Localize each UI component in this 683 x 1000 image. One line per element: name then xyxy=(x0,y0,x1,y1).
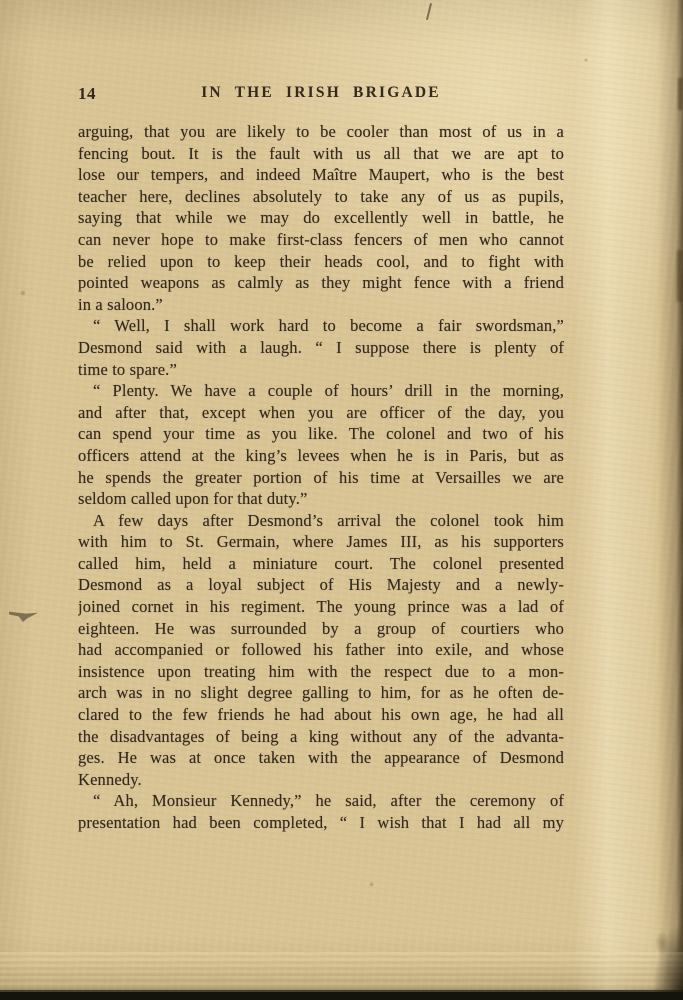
text-line: and after that, except when you are offi… xyxy=(78,402,564,424)
text-line: can spend your time as you like. The col… xyxy=(78,423,564,445)
text-line: with him to St. Germain, where James III… xyxy=(78,531,564,553)
text-line: officers attend at the king’s levees whe… xyxy=(78,445,564,467)
text-line: Kennedy. xyxy=(78,769,564,791)
scan-background-strip xyxy=(0,990,683,1000)
running-title: IN THE IRISH BRIGADE xyxy=(78,84,564,102)
paper-speck xyxy=(500,437,504,441)
text-line: insistence upon treating him with the re… xyxy=(78,661,564,683)
page-body-text: arguing, that you are likely to be coole… xyxy=(78,121,564,834)
text-line: teacher here, declines absolutely to tak… xyxy=(78,186,564,208)
page-bottom-edge-band xyxy=(0,952,683,992)
text-line: A few days after Desmond’s arrival the c… xyxy=(78,510,564,532)
right-edge-mark xyxy=(678,78,683,110)
paper-speck xyxy=(20,290,26,296)
text-line: he spends the greater portion of his tim… xyxy=(78,467,564,489)
text-line: “ Ah, Monsieur Kennedy,” he said, after … xyxy=(78,790,564,812)
paper-speck xyxy=(369,882,374,887)
top-hairline-mark xyxy=(426,3,432,20)
text-line: eighteen. He was surrounded by a group o… xyxy=(78,618,564,640)
text-line: arguing, that you are likely to be coole… xyxy=(78,121,564,143)
text-line: can never hope to make first-class fence… xyxy=(78,229,564,251)
text-line: time to spare.” xyxy=(78,359,564,381)
text-line: arch was in no slight degree galling to … xyxy=(78,682,564,704)
book-page-scan: 14 IN THE IRISH BRIGADE arguing, that yo… xyxy=(0,0,683,1000)
paper-speck xyxy=(584,58,588,62)
text-line: presentation had been completed, “ I wis… xyxy=(78,812,564,834)
text-line: pointed weapons as calmly as they might … xyxy=(78,272,564,294)
text-line: be relied upon to keep their heads cool,… xyxy=(78,251,564,273)
text-line: saying that while we may do excellently … xyxy=(78,207,564,229)
text-line: Desmond as a loyal subject of His Majest… xyxy=(78,574,564,596)
right-edge-smudge xyxy=(655,930,669,956)
text-line: fencing bout. It is the fault with us al… xyxy=(78,143,564,165)
text-line: clared to the few friends he had about h… xyxy=(78,704,564,726)
text-line: called him, held a miniature court. The … xyxy=(78,553,564,575)
text-line: the disadvantages of being a king withou… xyxy=(78,726,564,748)
text-line: Desmond said with a laugh. “ I suppose t… xyxy=(78,337,564,359)
text-line: had accompanied or followed his father i… xyxy=(78,639,564,661)
page-number: 14 xyxy=(78,84,96,104)
margin-arrow-mark xyxy=(9,606,38,622)
text-line: in a saloon.” xyxy=(78,294,564,316)
text-line: lose our tempers, and indeed Maître Maup… xyxy=(78,164,564,186)
right-edge-mark xyxy=(677,250,683,302)
text-line: “ Plenty. We have a couple of hours’ dri… xyxy=(78,380,564,402)
text-line: “ Well, I shall work hard to become a fa… xyxy=(78,315,564,337)
text-line: joined cornet in his regiment. The young… xyxy=(78,596,564,618)
text-line: seldom called upon for that duty.” xyxy=(78,488,564,510)
page-header: 14 IN THE IRISH BRIGADE xyxy=(78,84,564,106)
text-line: ges. He was at once taken with the appea… xyxy=(78,747,564,769)
